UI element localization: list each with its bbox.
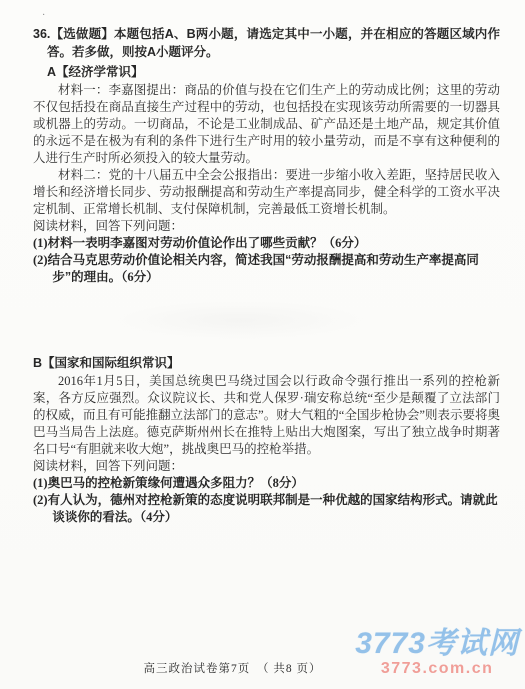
page-footer: 高三政治试卷第7页 （ 共8 页） <box>90 660 375 676</box>
section-b-material: 2016年1月5日，美国总统奥巴马绕过国会以行政命令强行推出一系列的控枪新案，各… <box>33 373 500 458</box>
watermark-site-name: 3773考试网 <box>355 629 519 659</box>
question-intro-text: 本题包括A、B两小题，请选定其中一小题，并在相应的答题区域内作答。若多做，则按A… <box>47 27 500 59</box>
scan-stray-mark: · <box>42 10 47 21</box>
section-a-material-2: 材料二：党的十八届五中全会公报指出：要进一步缩小收入差距，坚持居民收入增长和经济… <box>33 167 500 218</box>
section-a-question-1: (1)材料一表明李嘉图对劳动价值论作出了哪些贡献？（6分） <box>33 235 500 252</box>
question-number: 36. <box>33 27 50 41</box>
section-b-question-1: (1)奥巴马的控枪新策缘何遭遇众多阻力？（8分） <box>33 475 500 492</box>
section-a-heading: A【经济学常识】 <box>47 63 500 81</box>
section-a-q2-suffix: 的理由。（6分） <box>71 270 159 284</box>
question-36-intro: 36.【选做题】本题包括A、B两小题，请选定其中一小题，并在相应的答题区域内作答… <box>33 25 500 61</box>
section-b-prompt: 阅读材料，回答下列问题： <box>33 458 500 475</box>
exam-paper-page: · 36.【选做题】本题包括A、B两小题，请选定其中一小题，并在相应的答题区域内… <box>0 0 525 689</box>
section-a-prompt: 阅读材料，回答下列问题： <box>33 218 500 235</box>
section-a-material-1: 材料一：李嘉图提出：商品的价值与投在它们生产上的劳动成比例；这里的劳动不仅包括投… <box>33 82 500 167</box>
section-b-heading: B【国家和国际组织常识】 <box>33 354 500 372</box>
section-a-q2-prefix: (2)结合马克思劳动价值论相关内容，简述我国 <box>33 253 285 267</box>
section-a-question-2: (2)结合马克思劳动价值论相关内容，简述我国“劳动报酬提高和劳动生产率提高同步”… <box>33 252 500 286</box>
exam-content: 36.【选做题】本题包括A、B两小题，请选定其中一小题，并在相应的答题区域内作答… <box>33 25 500 526</box>
answer-space-section-a <box>33 286 500 352</box>
section-b-question-2: (2)有人认为，德州对控枪新策的态度说明联邦制是一种优越的国家结构形式。请就此谈… <box>33 492 500 526</box>
question-tag: 【选做题】 <box>50 27 114 41</box>
site-watermark: 3773考试网 3773.com.cn <box>355 629 519 677</box>
watermark-site-url: 3773.com.cn <box>355 661 519 677</box>
